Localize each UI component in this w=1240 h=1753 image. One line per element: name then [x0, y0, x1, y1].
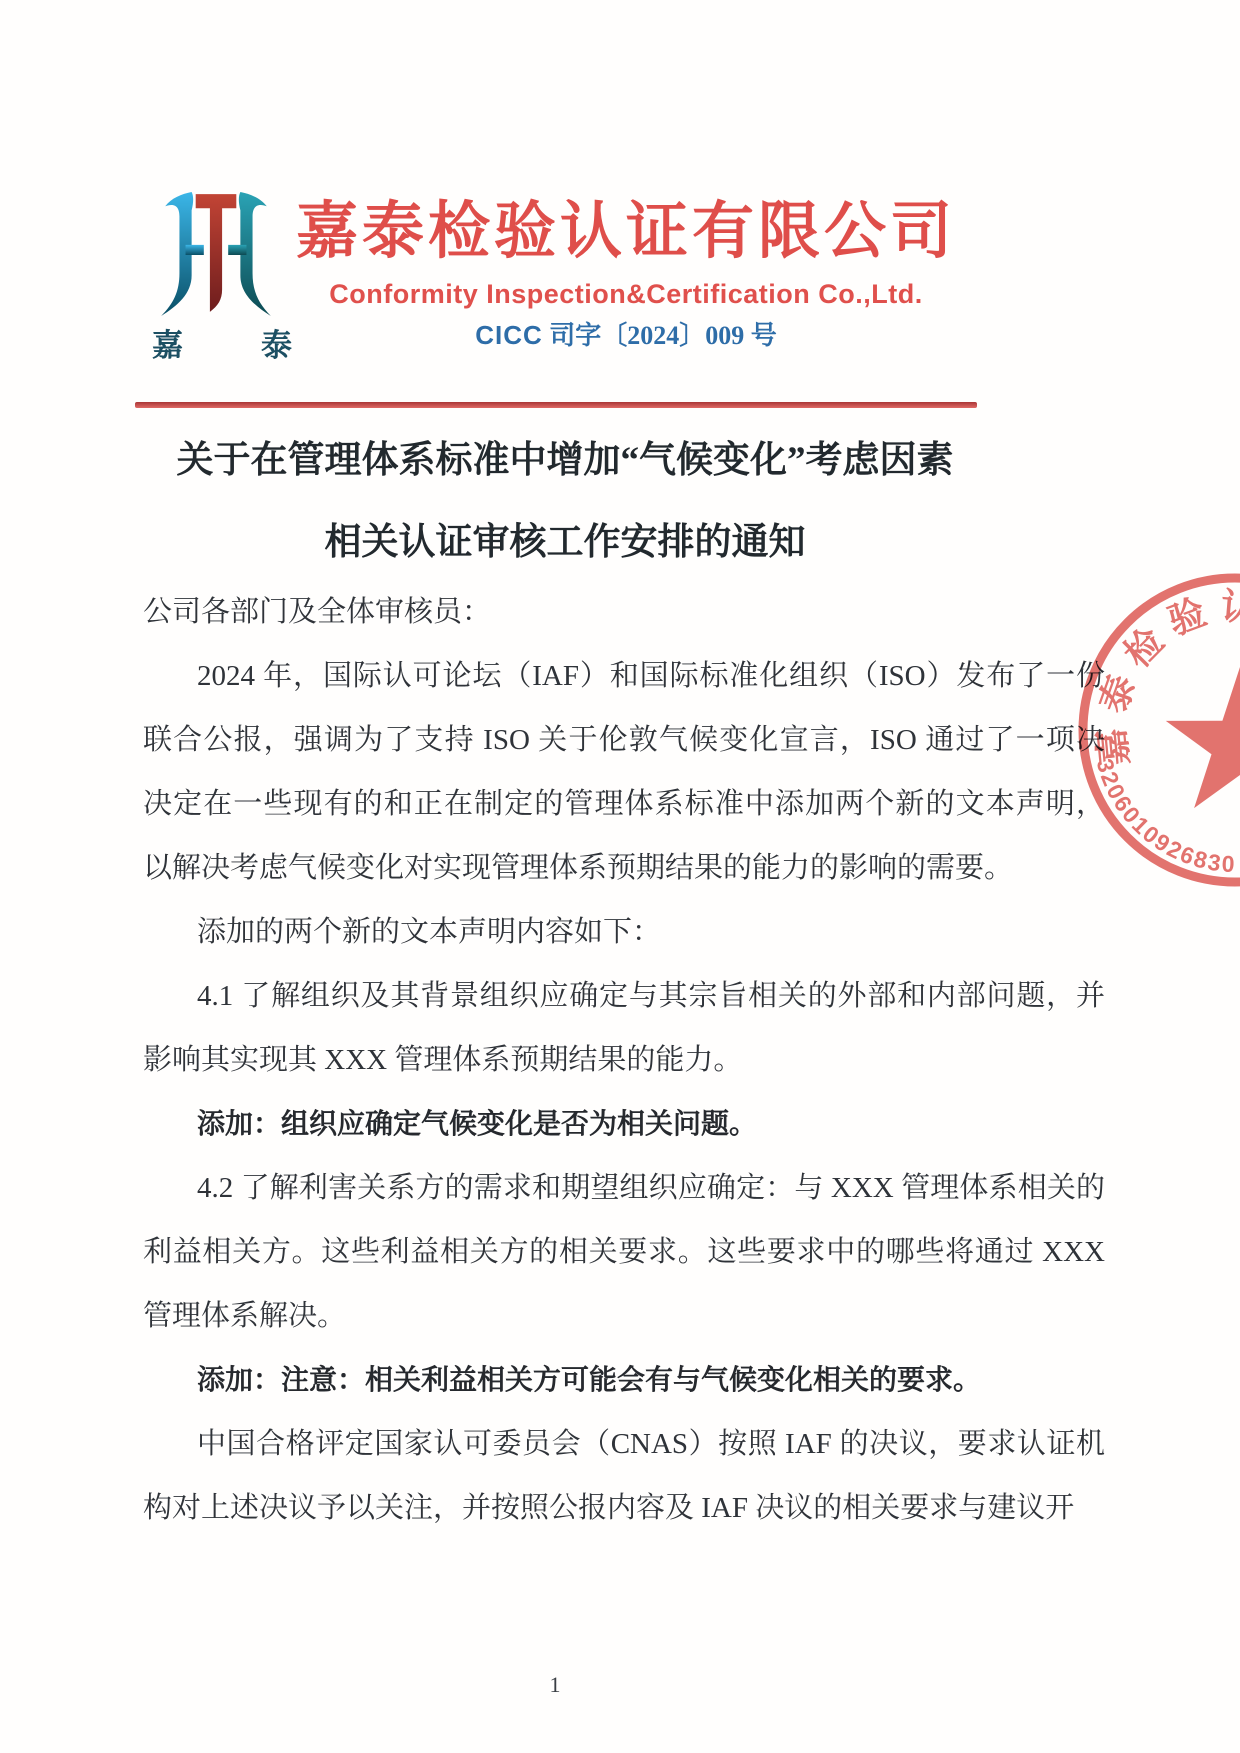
- paragraph: 中国合格评定国家认可委员会（CNAS）按照 IAF 的决议，要求认证机构对上述决…: [143, 1412, 1105, 1540]
- letterhead-divider: [135, 402, 977, 408]
- paragraph: 添加的两个新的文本声明内容如下：: [143, 900, 1105, 964]
- paragraph-line: 中国合格评定国家认可委员会（CNAS）按照 IAF 的决议，要求认证机: [143, 1412, 1105, 1476]
- paragraph-line: 以解决考虑气候变化对实现管理体系预期结果的能力的影响的需要。: [143, 836, 1105, 900]
- company-logo-icon: [150, 188, 282, 320]
- logo-caption: 嘉 泰: [152, 320, 292, 365]
- document-title: 关于在管理体系标准中增加“气候变化”考虑因素 相关认证审核工作安排的通知: [145, 420, 985, 584]
- paragraph-line: 影响其实现其 XXX 管理体系预期结果的能力。: [143, 1028, 1105, 1092]
- seal-star-icon: [1166, 667, 1240, 808]
- paragraph-line: 利益相关方。这些利益相关方的相关要求。这些要求中的哪些将通过 XXX: [143, 1220, 1105, 1284]
- paragraph-line: 添加的两个新的文本声明内容如下：: [143, 900, 1105, 964]
- paragraph-line: 添加：注意：相关利益相关方可能会有与气候变化相关的要求。: [143, 1348, 1105, 1412]
- company-seal: 嘉泰检验认证 3206010926830: [1048, 545, 1240, 905]
- body-paragraphs: 2024 年，国际认可论坛（IAF）和国际标准化组织（ISO）发布了一份联合公报…: [143, 644, 1105, 1540]
- title-line-2: 相关认证审核工作安排的通知: [145, 502, 985, 584]
- document-number-prefix: CICC: [475, 320, 543, 350]
- paragraph: 添加：组织应确定气候变化是否为相关问题。: [143, 1092, 1105, 1156]
- paragraph: 添加：注意：相关利益相关方可能会有与气候变化相关的要求。: [143, 1348, 1105, 1412]
- document-number: CICC 司字〔2024〕009 号: [288, 316, 964, 355]
- document-number-body: 司字〔2024〕009 号: [549, 321, 777, 350]
- company-name-en: Conformity Inspection&Certification Co.,…: [288, 278, 964, 310]
- paragraph-line: 联合公报，强调为了支持 ISO 关于伦敦气候变化宣言，ISO 通过了一项决议，: [143, 708, 1105, 772]
- paragraph: 2024 年，国际认可论坛（IAF）和国际标准化组织（ISO）发布了一份联合公报…: [143, 644, 1105, 900]
- paragraph-line: 2024 年，国际认可论坛（IAF）和国际标准化组织（ISO）发布了一份: [143, 644, 1105, 708]
- paragraph-line: 决定在一些现有的和正在制定的管理体系标准中添加两个新的文本声明，: [143, 772, 1105, 836]
- paragraph: 4.1 了解组织及其背景组织应确定与其宗旨相关的外部和内部问题，并影响其实现其 …: [143, 964, 1105, 1092]
- document-body: 公司各部门及全体审核员： 2024 年，国际认可论坛（IAF）和国际标准化组织（…: [143, 580, 1105, 1540]
- paragraph-line: 4.2 了解利害关系方的需求和期望组织应确定：与 XXX 管理体系相关的: [143, 1156, 1105, 1220]
- logo-char-left: 嘉: [152, 320, 183, 365]
- paragraph-line: 添加：组织应确定气候变化是否为相关问题。: [143, 1092, 1105, 1156]
- paragraph-line: 构对上述决议予以关注，并按照公报内容及 IAF 决议的相关要求与建议开: [143, 1476, 1105, 1540]
- page-number: 1: [0, 1672, 1110, 1698]
- document-page: 嘉 泰 嘉泰检验认证有限公司 Conformity Inspection&Cer…: [0, 0, 1240, 1753]
- paragraph: 4.2 了解利害关系方的需求和期望组织应确定：与 XXX 管理体系相关的利益相关…: [143, 1156, 1105, 1348]
- salutation: 公司各部门及全体审核员：: [143, 580, 1105, 644]
- company-name-cn: 嘉泰检验认证有限公司: [288, 192, 964, 272]
- title-line-1: 关于在管理体系标准中增加“气候变化”考虑因素: [145, 420, 985, 502]
- paragraph-line: 管理体系解决。: [143, 1284, 1105, 1348]
- paragraph-line: 4.1 了解组织及其背景组织应确定与其宗旨相关的外部和内部问题，并: [143, 964, 1105, 1028]
